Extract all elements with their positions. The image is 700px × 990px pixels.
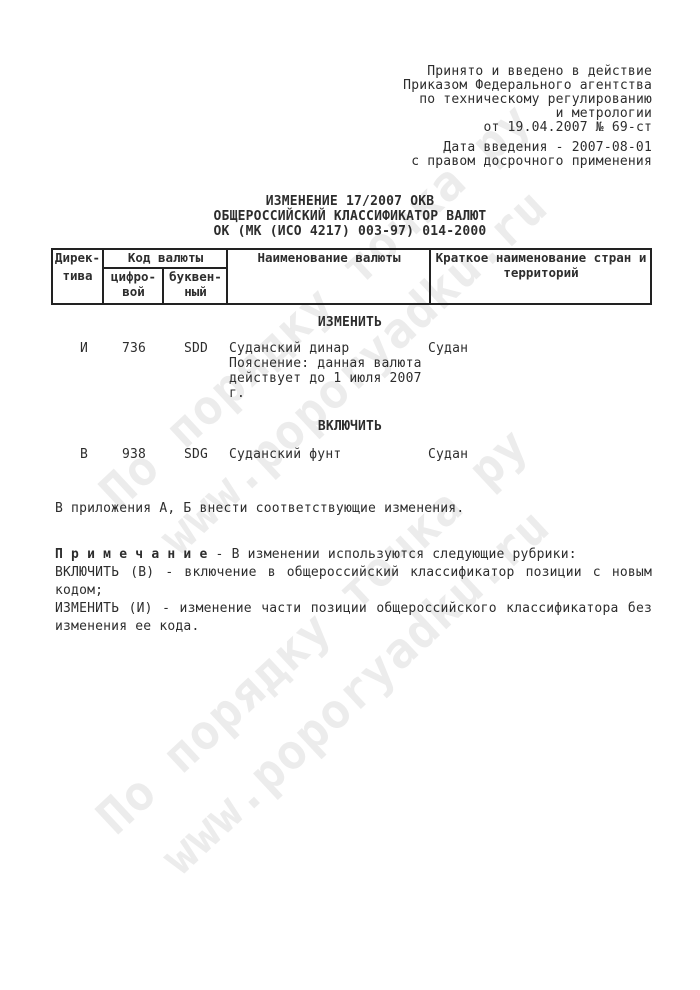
note-intro-line: П р и м е ч а н и е - В изменении исполь… (55, 546, 652, 564)
adoption-line: Принято и введено в действие (403, 65, 652, 79)
row-currency-name: Суданский динар Пояснение: данная валюта… (229, 341, 422, 401)
adoption-line: по техническому регулированию (403, 93, 652, 107)
note-body-line: ИЗМЕНИТЬ (И) - изменение части позиции о… (55, 600, 652, 618)
header-country-line2: территорий (431, 265, 651, 280)
title-line: ОК (МК (ИСО 4217) 003-97) 014-2000 (50, 224, 650, 239)
introduction-date-block: Дата введения - 2007-08-01 с правом доср… (411, 141, 652, 169)
document-content: Принято и введено в действие Приказом Фе… (0, 0, 700, 990)
currency-name-line: г. (229, 386, 422, 401)
row-code-alpha: SDG (184, 447, 208, 462)
document-title: ИЗМЕНЕНИЕ 17/2007 ОКВ ОБЩЕРОССИЙСКИЙ КЛА… (50, 194, 650, 239)
header-directive-line2: тива (52, 268, 103, 283)
adoption-line: и метрологии (403, 107, 652, 121)
header-currency-name: Наименование валюты (228, 250, 430, 265)
intro-date-line: Дата введения - 2007-08-01 (411, 141, 652, 155)
header-code-num-line1: цифро- (104, 269, 163, 284)
currency-name-line: действует до 1 июля 2007 (229, 371, 422, 386)
note-body-line: кодом; (55, 582, 652, 600)
row-currency-name: Суданский фунт (229, 447, 341, 462)
row-code-num: 938 (122, 447, 146, 462)
adoption-line: Приказом Федерального агентства (403, 79, 652, 93)
section-label-include: ВКЛЮЧИТЬ (50, 419, 650, 434)
note-label-rest: - В изменении используются следующие руб… (208, 547, 577, 562)
title-line: ОБЩЕРОССИЙСКИЙ КЛАССИФИКАТОР ВАЛЮТ (50, 209, 650, 224)
header-code-num-line2: вой (104, 284, 163, 299)
note-body-line: ВКЛЮЧИТЬ (В) - включение в общероссийски… (55, 564, 652, 582)
row-directive: И (80, 341, 88, 356)
header-code-group: Код валюты (104, 250, 227, 265)
appendix-line: В приложения А, Б внести соответствующие… (55, 501, 464, 516)
row-country: Судан (428, 447, 468, 462)
row-code-num: 736 (122, 341, 146, 356)
header-code-alpha-line2: ный (164, 284, 227, 299)
note-body-line: изменения ее кода. (55, 618, 652, 636)
row-country: Судан (428, 341, 468, 356)
section-label-change: ИЗМЕНИТЬ (50, 315, 650, 330)
header-country-line1: Краткое наименование стран и (431, 250, 651, 265)
currency-name-line: Суданский динар (229, 341, 422, 356)
row-directive: В (80, 447, 88, 462)
document-page: По порядку точка ру www.poporyadku.ru По… (0, 0, 700, 990)
header-code-alpha-line1: буквен- (164, 269, 227, 284)
table-header-bottom-rule (51, 303, 652, 305)
header-directive-line1: Дирек- (52, 250, 103, 265)
currency-name-line: Суданский фунт (229, 447, 341, 462)
title-line: ИЗМЕНЕНИЕ 17/2007 ОКВ (50, 194, 650, 209)
note-label: П р и м е ч а н и е (55, 547, 208, 562)
currency-name-line: Пояснение: данная валюта (229, 356, 422, 371)
row-code-alpha: SDD (184, 341, 208, 356)
adoption-line: от 19.04.2007 № 69-ст (403, 121, 652, 135)
adoption-block: Принято и введено в действие Приказом Фе… (403, 65, 652, 135)
note-block: П р и м е ч а н и е - В изменении исполь… (55, 546, 652, 636)
intro-date-line: с правом досрочного применения (411, 155, 652, 169)
